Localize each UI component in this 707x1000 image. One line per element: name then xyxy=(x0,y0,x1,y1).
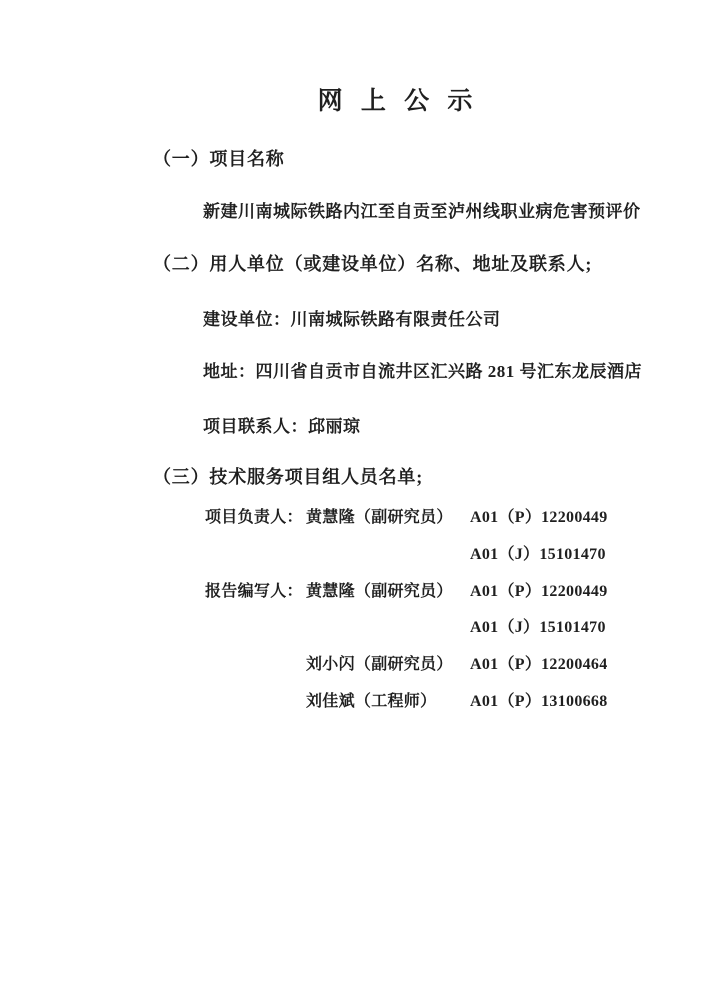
roster-row: 刘佳斌（工程师） A01（P）13100668 xyxy=(205,684,645,721)
roster-role: 报告编写人： xyxy=(205,574,306,611)
address-label: 地址： xyxy=(203,362,256,381)
roster-row: A01（J）15101470 xyxy=(205,610,645,647)
roster-person-name: 黄慧隆（副研究员） xyxy=(306,574,470,611)
document-page: 网 上 公 示 （一）项目名称 新建川南城际铁路内江至自贡至泸州线职业病危害预评… xyxy=(0,0,707,1000)
project-team-roster: 项目负责人： 黄慧隆（副研究员） A01（P）12200449 A01（J）15… xyxy=(205,500,645,721)
roster-row: 项目负责人： 黄慧隆（副研究员） A01（P）12200449 xyxy=(205,500,645,537)
page-title: 网 上 公 示 xyxy=(153,86,643,118)
roster-person-name: 刘小闪（副研究员） xyxy=(306,647,470,684)
roster-person-name xyxy=(306,610,470,647)
roster-cert-number: A01（P）13100668 xyxy=(470,684,645,721)
section1-heading: （一）项目名称 xyxy=(153,146,285,172)
roster-cert-number: A01（P）12200449 xyxy=(470,500,645,537)
address-line: 地址：四川省自贡市自流井区汇兴路 281 号汇东龙辰酒店 xyxy=(203,359,642,385)
roster-person-name: 黄慧隆（副研究员） xyxy=(306,500,470,537)
section3-heading: （三）技术服务项目组人员名单; xyxy=(153,464,423,490)
roster-role xyxy=(205,684,306,721)
roster-role: 项目负责人： xyxy=(205,500,306,537)
roster-cert-number: A01（P）12200449 xyxy=(470,574,645,611)
contact-person-line: 项目联系人：邱丽琼 xyxy=(203,414,361,440)
roster-role xyxy=(205,647,306,684)
roster-cert-number: A01（J）15101470 xyxy=(470,610,645,647)
roster-person-name: 刘佳斌（工程师） xyxy=(306,684,470,721)
roster-cert-number: A01（J）15101470 xyxy=(470,537,645,574)
address-value: 四川省自贡市自流井区汇兴路 281 号汇东龙辰酒店 xyxy=(256,362,643,381)
section2-heading: （二）用人单位（或建设单位）名称、地址及联系人; xyxy=(153,251,592,277)
roster-row: 刘小闪（副研究员） A01（P）12200464 xyxy=(205,647,645,684)
roster-cert-number: A01（P）12200464 xyxy=(470,647,645,684)
construction-unit-line: 建设单位：川南城际铁路有限责任公司 xyxy=(203,307,501,333)
construction-unit-value: 川南城际铁路有限责任公司 xyxy=(291,310,501,329)
construction-unit-label: 建设单位： xyxy=(203,310,291,329)
contact-person-value: 邱丽琼 xyxy=(308,417,361,436)
project-name-text: 新建川南城际铁路内江至自贡至泸州线职业病危害预评价 xyxy=(203,199,641,225)
contact-person-label: 项目联系人： xyxy=(203,417,308,436)
roster-person-name xyxy=(306,537,470,574)
roster-row: A01（J）15101470 xyxy=(205,537,645,574)
roster-role xyxy=(205,537,306,574)
roster-row: 报告编写人： 黄慧隆（副研究员） A01（P）12200449 xyxy=(205,574,645,611)
roster-role xyxy=(205,610,306,647)
